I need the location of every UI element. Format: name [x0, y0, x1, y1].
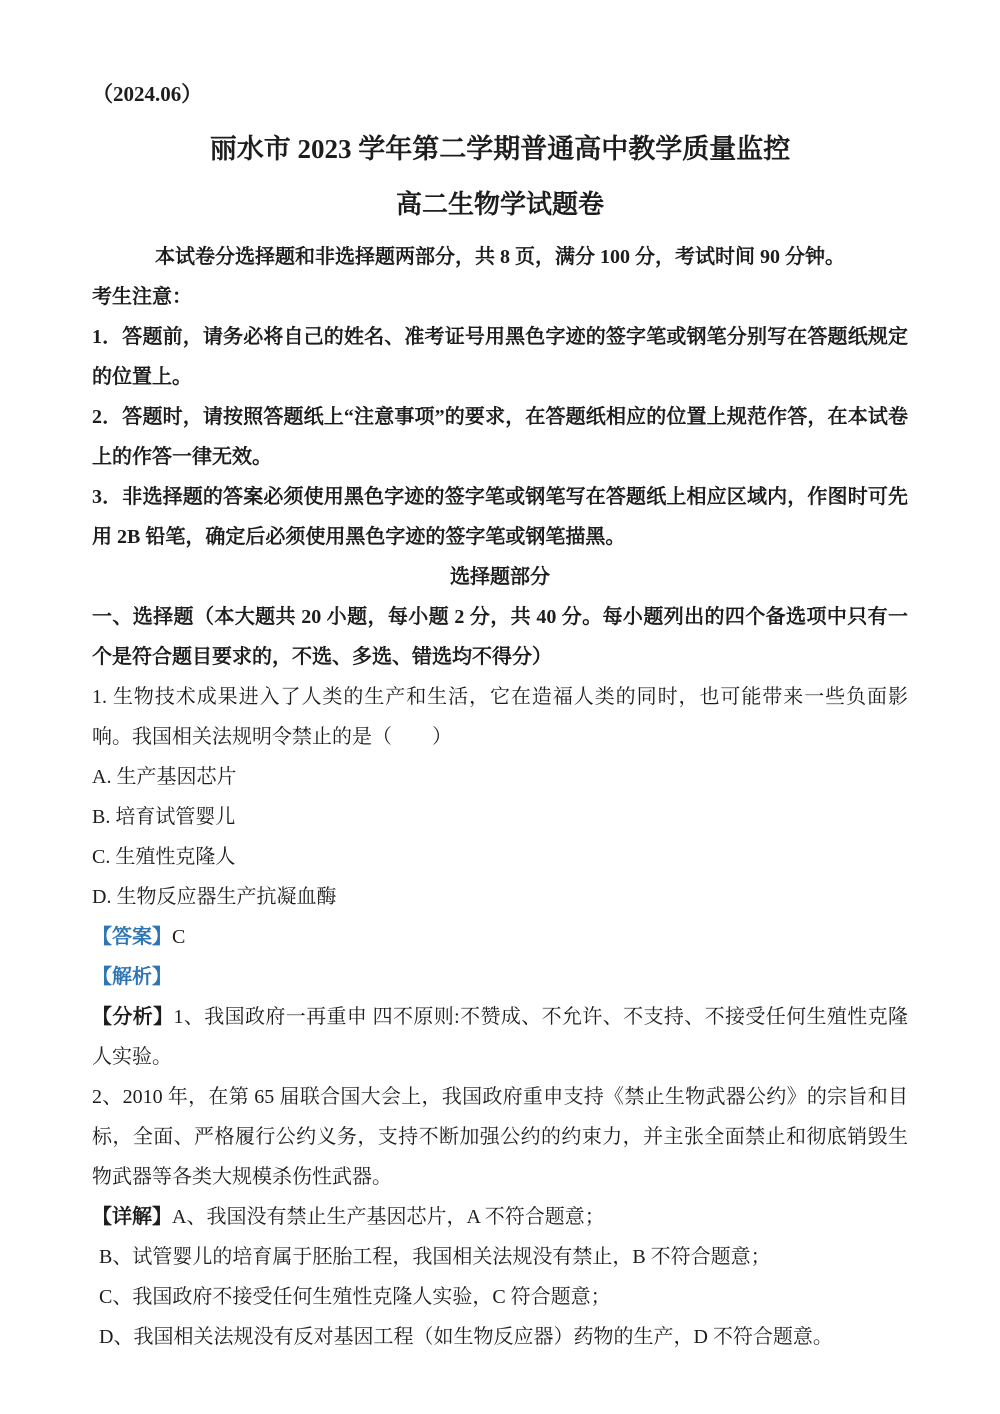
question-1-option-c: C. 生殖性克隆人	[92, 837, 908, 877]
notice-heading: 考生注意：	[92, 277, 908, 317]
detail-line-a: 【详解】A、我国没有禁止生产基因芯片，A 不符合题意；	[92, 1197, 908, 1237]
notice-item-2: 2．答题时，请按照答题纸上“注意事项”的要求，在答题纸相应的位置上规范作答，在本…	[92, 397, 908, 477]
exam-paper-page: （2024.06） 丽水市 2023 学年第二学期普通高中教学质量监控 高二生物…	[0, 0, 1000, 1414]
answer-tag: 【答案】	[92, 926, 172, 948]
exam-subtitle: 高二生物学试题卷	[92, 189, 908, 222]
part1-heading: 一、选择题（本大题共 20 小题，每小题 2 分，共 40 分。每小题列出的四个…	[92, 597, 908, 677]
detail-line-a-text: A、我国没有禁止生产基因芯片，A 不符合题意；	[172, 1206, 605, 1228]
detail-line-b: B、试管婴儿的培育属于胚胎工程，我国相关法规没有禁止，B 不符合题意；	[92, 1237, 908, 1277]
answer-value: C	[172, 926, 185, 948]
exam-info-line: 本试卷分选择题和非选择题两部分，共 8 页，满分 100 分，考试时间 90 分…	[92, 237, 908, 277]
notice-item-1: 1．答题前，请务必将自己的姓名、准考证号用黑色字迹的签字笔或钢笔分别写在答题纸规…	[92, 317, 908, 397]
analysis-label: 【解析】	[92, 966, 172, 988]
analysis-point-2: 2、2010 年，在第 65 届联合国大会上，我国政府重申支持《禁止生物武器公约…	[92, 1077, 908, 1197]
answer-line: 【答案】C	[92, 917, 908, 957]
detail-line-d: D、我国相关法规没有反对基因工程（如生物反应器）药物的生产，D 不符合题意。	[92, 1317, 908, 1357]
section-heading-choice: 选择题部分	[92, 557, 908, 597]
analysis-tag: 【分析】	[92, 1006, 174, 1028]
question-1-option-a: A. 生产基因芯片	[92, 757, 908, 797]
question-1-stem: 1. 生物技术成果进入了人类的生产和生活，它在造福人类的同时，也可能带来一些负面…	[92, 677, 908, 757]
analysis-point-1-text: 1、我国政府一再重申 四不原则:不赞成、不允许、不支持、不接受任何生殖性克隆人实…	[92, 1006, 908, 1068]
detail-tag: 【详解】	[92, 1206, 172, 1228]
detail-line-c: C、我国政府不接受任何生殖性克隆人实验，C 符合题意；	[92, 1277, 908, 1317]
question-1-option-d: D. 生物反应器生产抗凝血酶	[92, 877, 908, 917]
analysis-label-line: 【解析】	[92, 957, 908, 997]
analysis-point-1: 【分析】1、我国政府一再重申 四不原则:不赞成、不允许、不支持、不接受任何生殖性…	[92, 997, 908, 1077]
exam-date: （2024.06）	[92, 82, 908, 107]
notice-item-3: 3．非选择题的答案必须使用黑色字迹的签字笔或钢笔写在答题纸上相应区域内，作图时可…	[92, 477, 908, 557]
question-1-option-b: B. 培育试管婴儿	[92, 797, 908, 837]
exam-title: 丽水市 2023 学年第二学期普通高中教学质量监控	[92, 133, 908, 167]
